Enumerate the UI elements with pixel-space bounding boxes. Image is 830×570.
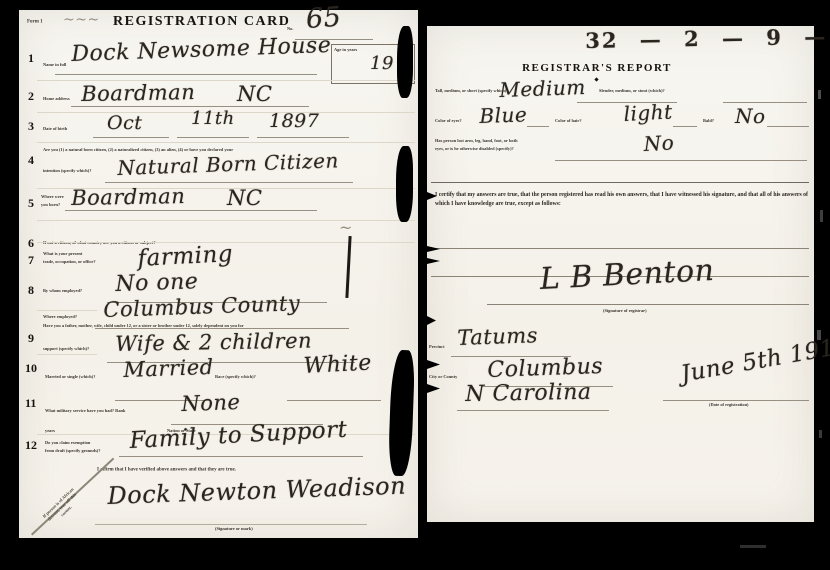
field-3-label: Date of birth bbox=[43, 126, 67, 131]
field-8-label-a: By whom employed? bbox=[43, 288, 82, 293]
answer-citizenship: Natural Born Citizen bbox=[117, 148, 339, 180]
disability-label-1: Has person lost arm, leg, hand, foot, or… bbox=[435, 138, 518, 143]
eyes-label: Color of eyes? bbox=[435, 118, 462, 123]
field-4-label: Are you (1) a natural born citizen, (2) … bbox=[43, 147, 233, 152]
county-label: City or County bbox=[429, 374, 457, 379]
row-separator bbox=[37, 142, 415, 143]
row-separator bbox=[37, 310, 97, 311]
answer-exemption: Family to Support bbox=[129, 417, 348, 454]
field-7-label: What is your present bbox=[43, 251, 82, 256]
ruled-line bbox=[95, 524, 367, 525]
field-11-sub-a: years bbox=[45, 428, 55, 433]
certification-text: I certify that my answers are true, that… bbox=[435, 190, 808, 209]
scan-artifact bbox=[397, 26, 413, 98]
registration-date-caption: (Date of registration) bbox=[709, 402, 749, 407]
corner-note: If person is of African descent, tear of… bbox=[41, 486, 84, 528]
scan-noise bbox=[817, 330, 821, 340]
answer-race: White bbox=[303, 350, 372, 379]
answer-occupation: farming bbox=[137, 241, 234, 272]
registration-card: Form 1 ~~~ REGISTRATION CARD No. 65 Age … bbox=[19, 10, 418, 538]
ruled-line bbox=[105, 182, 353, 183]
title-diamond-icon bbox=[594, 77, 598, 81]
age-box-value: 19 bbox=[370, 53, 394, 74]
affirmation-text: I affirm that I have verified above answ… bbox=[97, 466, 236, 472]
field-2-number: 2 bbox=[28, 89, 34, 104]
ruled-line bbox=[723, 102, 807, 103]
answer-bald: No bbox=[735, 104, 766, 128]
answer-birthplace-state: NC bbox=[227, 186, 262, 210]
registrant-signature: Dock Newton Weadison bbox=[107, 472, 407, 510]
field-5-label-2: you born? bbox=[41, 202, 60, 207]
answer-build: Medium bbox=[499, 75, 586, 102]
answer-dob-day: 11th bbox=[191, 108, 235, 129]
field-12-label-2: from draft (specify grounds)? bbox=[45, 448, 100, 453]
build-label-b: Slender, medium, or stout (which)? bbox=[599, 88, 665, 93]
row-separator bbox=[37, 354, 97, 355]
edge-tab bbox=[427, 258, 440, 264]
ruled-line bbox=[119, 456, 363, 457]
ruled-line bbox=[457, 410, 609, 411]
ruled-line bbox=[555, 160, 807, 161]
field-7-number: 7 bbox=[28, 253, 34, 268]
ruled-line bbox=[93, 137, 169, 138]
answer-dob-year: 1897 bbox=[269, 110, 319, 132]
section-divider bbox=[431, 182, 809, 183]
answer-birthplace: Boardman bbox=[71, 184, 185, 210]
ruled-line bbox=[257, 137, 349, 138]
hair-label: Color of hair? bbox=[555, 118, 582, 123]
build-label-a: Tall, medium, or short (specify which)? bbox=[435, 88, 508, 93]
field-9-label: Have you a father, mother, wife, child u… bbox=[43, 323, 244, 328]
answer-home-state: NC bbox=[237, 82, 272, 106]
field-3-number: 3 bbox=[28, 119, 34, 134]
field-1-number: 1 bbox=[28, 51, 34, 66]
serial-no-label: No. bbox=[287, 26, 293, 31]
answer-military-service: None bbox=[181, 390, 241, 416]
precinct-value: Tatums bbox=[457, 323, 538, 350]
ruled-line bbox=[177, 137, 249, 138]
age-box-label: Age in years bbox=[334, 47, 357, 52]
field-4-label-2: intention (specify which)? bbox=[43, 168, 91, 173]
pencil-scribble: ~~~ bbox=[63, 12, 100, 28]
answer-hair-color: light bbox=[623, 99, 673, 126]
ruled-line bbox=[767, 126, 809, 127]
answer-disability: No bbox=[643, 130, 675, 156]
field-11-number: 11 bbox=[25, 396, 36, 411]
answer-dob-month: Oct bbox=[107, 112, 142, 134]
scan-artifact bbox=[396, 146, 413, 222]
edge-tab bbox=[427, 246, 440, 252]
ruled-line bbox=[65, 210, 317, 211]
edge-tab bbox=[427, 316, 436, 325]
form-number-label: Form 1 bbox=[27, 18, 43, 24]
precinct-label: Precinct bbox=[429, 344, 445, 349]
card-title: REGISTRATION CARD bbox=[113, 14, 290, 30]
edge-tab bbox=[427, 384, 440, 393]
field-6-number: 6 bbox=[28, 236, 34, 251]
field-1-label: Name in full bbox=[43, 62, 66, 67]
disability-label-2: eyes, or is he otherwise disabled (speci… bbox=[435, 146, 514, 151]
registrar-signature-caption: (Signature of registrar) bbox=[603, 308, 647, 313]
field-11-label: What military service have you had? Rank bbox=[45, 408, 125, 413]
serial-number: 32 — 2 — 9 — A bbox=[585, 23, 830, 53]
scan-stage: Form 1 ~~~ REGISTRATION CARD No. 65 Age … bbox=[0, 0, 830, 570]
state-value: N Carolina bbox=[465, 380, 592, 407]
ruled-line bbox=[431, 248, 809, 249]
ruled-line bbox=[673, 126, 697, 127]
scan-noise bbox=[740, 545, 766, 548]
registrars-report-card: 32 — 2 — 9 — A REGISTRAR'S REPORT Tall, … bbox=[427, 26, 814, 522]
answer-marital-status: Married bbox=[123, 355, 214, 382]
field-8-label-b: Where employed? bbox=[43, 314, 77, 319]
answer-home-address: Boardman bbox=[81, 80, 195, 106]
ruled-line bbox=[55, 74, 317, 75]
field-12-number: 12 bbox=[25, 438, 37, 453]
field-8-number: 8 bbox=[28, 283, 34, 298]
answer-name: Dock Newsome House bbox=[71, 33, 332, 67]
ruled-line bbox=[663, 400, 809, 401]
field-5-label: Where were bbox=[41, 194, 64, 199]
field-12-label: Do you claim exemption bbox=[45, 440, 90, 445]
field-5-number: 5 bbox=[28, 196, 34, 211]
county-value: Columbus bbox=[487, 354, 603, 383]
ruled-line bbox=[287, 400, 381, 401]
answer-alien-faint-mark: ~ bbox=[339, 218, 353, 237]
ruled-line bbox=[71, 106, 309, 107]
serial-no-value: 65 bbox=[305, 2, 342, 35]
edge-tab bbox=[427, 360, 440, 369]
registration-date: June 5th 1917 bbox=[679, 332, 830, 387]
field-7-label-2: trade, occupation, or office? bbox=[43, 259, 96, 264]
ink-stroke bbox=[345, 236, 351, 298]
ruled-line bbox=[527, 126, 549, 127]
field-10-label-a: Married or single (which)? bbox=[45, 374, 95, 379]
row-separator bbox=[37, 220, 415, 221]
scan-noise bbox=[819, 430, 822, 438]
signature-caption: (Signature or mark) bbox=[215, 526, 253, 531]
bald-label: Bald? bbox=[703, 118, 714, 123]
ruled-line bbox=[487, 304, 809, 305]
report-title: REGISTRAR'S REPORT bbox=[485, 62, 709, 74]
answer-dependents: Wife & 2 children bbox=[115, 329, 312, 356]
scan-noise bbox=[818, 90, 821, 99]
field-2-label: Home address bbox=[43, 96, 70, 101]
scan-artifact bbox=[388, 350, 415, 477]
answer-eye-color: Blue bbox=[479, 102, 528, 128]
scan-noise bbox=[820, 210, 823, 222]
field-9-number: 9 bbox=[28, 331, 34, 346]
field-4-number: 4 bbox=[28, 153, 34, 168]
answer-employer: No one bbox=[115, 269, 199, 297]
field-10-number: 10 bbox=[25, 361, 37, 376]
registrar-signature: L B Benton bbox=[539, 253, 715, 297]
field-9-label-2: support (specify which)? bbox=[43, 346, 89, 351]
field-10-label-b: Race (specify which)? bbox=[215, 374, 256, 379]
